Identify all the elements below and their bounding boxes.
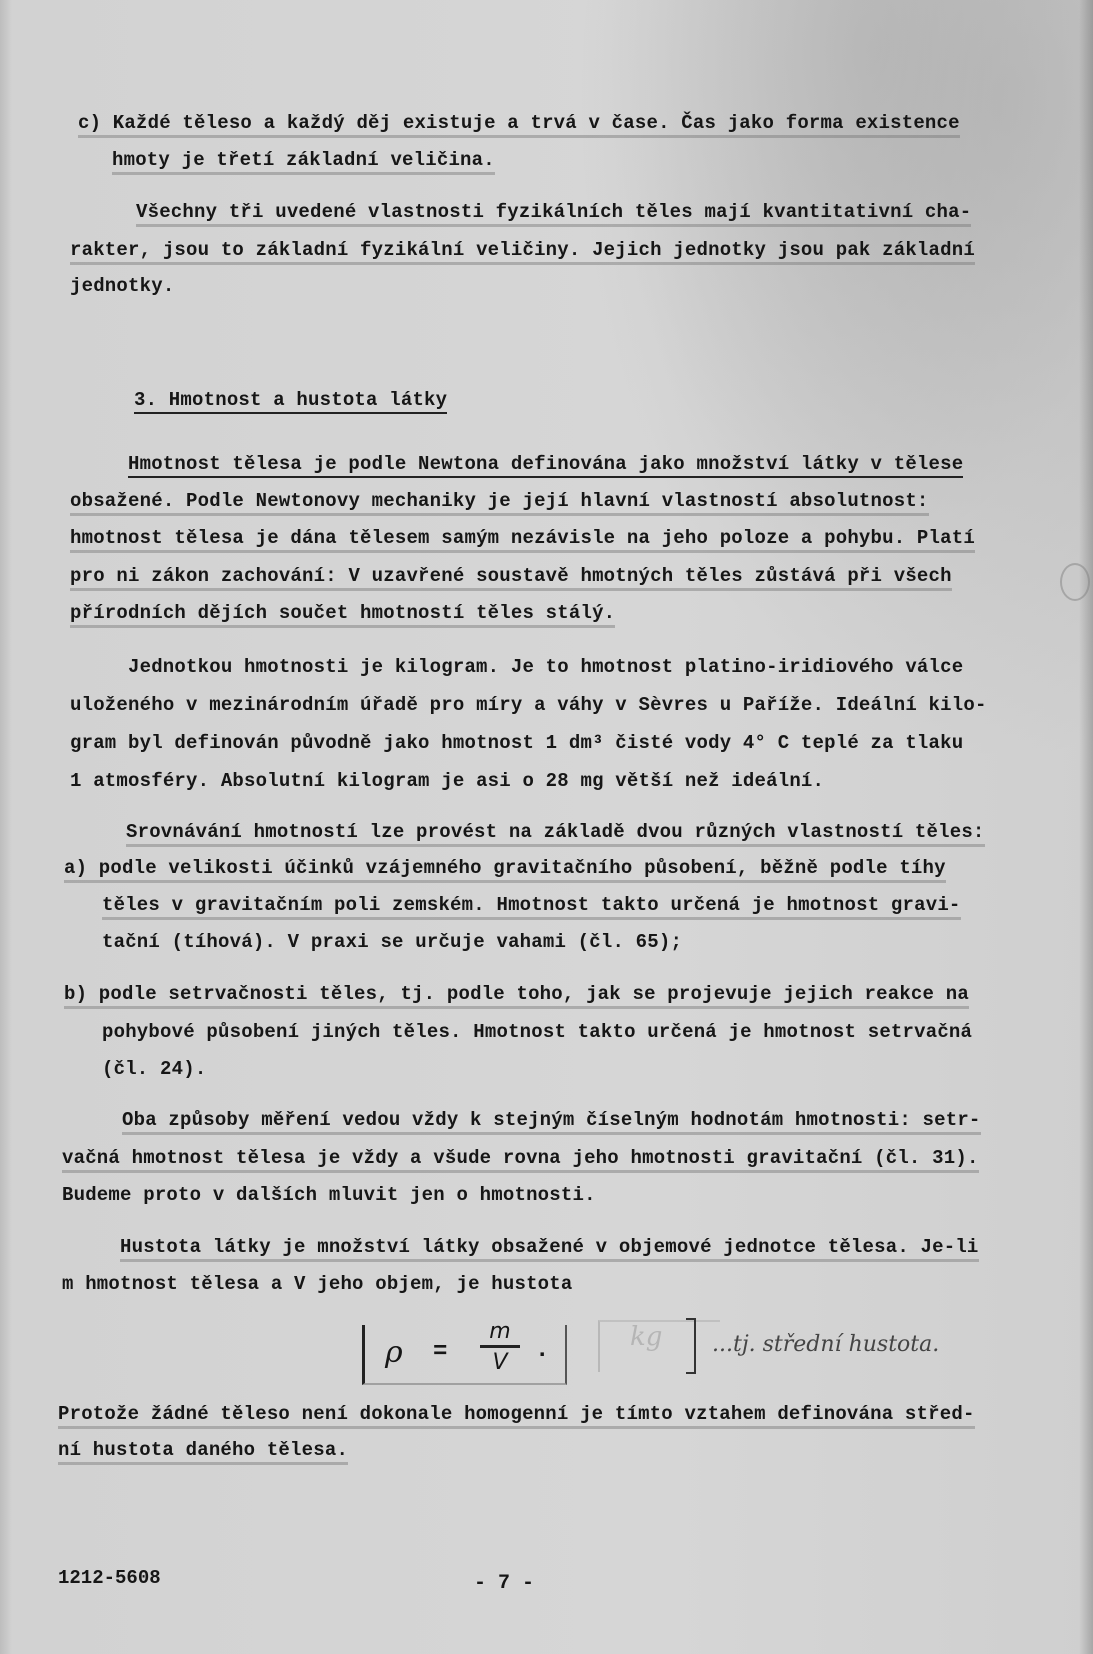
list-item-a-line-3: tační (tíhová). V praxi se určuje vahami… (102, 930, 682, 954)
paragraph-2-line-4: pro ni zákon zachování: V uzavřené soust… (70, 564, 952, 591)
section-heading: 3. Hmotnost a hustota látky (134, 388, 447, 414)
page-edge-shadow (1079, 0, 1093, 1654)
formula-fraction: m V (480, 1319, 520, 1378)
bracket-mark (686, 1318, 696, 1374)
list-item-c-line-1: c) Každé těleso a každý děj existuje a t… (78, 111, 960, 138)
paragraph-6-line-2: m hmotnost tělesa a V jeho objem, je hus… (62, 1272, 572, 1296)
faint-unit-note: kg (598, 1320, 720, 1372)
page-number: - 7 - (474, 1572, 534, 1595)
list-item-a-line-1: a) podle velikosti účinků vzájemného gra… (64, 856, 946, 883)
paragraph-5-line-3: Budeme proto v dalších mluvit jen o hmot… (62, 1183, 596, 1207)
paragraph-3-line-2: uloženého v mezinárodním úřadě pro míry … (70, 693, 987, 717)
paragraph-7-line-2: ní hustota daného tělesa. (58, 1438, 348, 1465)
paragraph-3-line-4: 1 atmosféry. Absolutní kilogram je asi o… (70, 769, 824, 793)
list-item-b-line-1: b) podle setrvačnosti těles, tj. podle t… (64, 982, 969, 1009)
paragraph-5-line-2: vačná hmotnost tělesa je vždy a všude ro… (62, 1146, 979, 1173)
list-item-c-line-2: hmoty je třetí základní veličina. (112, 148, 495, 175)
formula-numerator: m (480, 1319, 520, 1348)
paragraph-7-line-1: Protože žádné těleso není dokonale homog… (58, 1402, 975, 1429)
paragraph-2-line-5: přírodních dějích součet hmotností těles… (70, 601, 615, 628)
list-item-b-line-2: pohybové působení jiných těles. Hmotnost… (102, 1020, 972, 1044)
formula-denominator: V (480, 1348, 520, 1378)
paragraph-4-line-1: Srovnávání hmotností lze provést na zákl… (126, 820, 985, 847)
pencil-circle-mark (1060, 563, 1090, 601)
paragraph-3-line-3: gram byl definován původně jako hmotnost… (70, 731, 963, 755)
paragraph-1-line-1: Všechny tři uvedené vlastnosti fyzikální… (136, 200, 971, 227)
formula-equals: = (433, 1339, 447, 1366)
list-item-a-line-2: těles v gravitačním poli zemském. Hmotno… (102, 893, 961, 920)
paragraph-2-line-3: hmotnost tělesa je dána tělesem samým ne… (70, 526, 975, 553)
paragraph-2-line-2: obsažené. Podle Newtonovy mechaniky je j… (70, 489, 929, 516)
handwritten-annotation: ...tj. střední hustota. (712, 1332, 939, 1357)
document-code: 1212-5608 (58, 1567, 161, 1589)
paragraph-3-line-1: Jednotkou hmotnosti je kilogram. Je to h… (128, 655, 963, 679)
paragraph-2-line-1: Hmotnost tělesa je podle Newtona definov… (128, 452, 963, 478)
density-formula: ρ = m V . (362, 1325, 567, 1385)
paragraph-6-line-1: Hustota látky je množství látky obsažené… (120, 1235, 979, 1262)
paragraph-5-line-1: Oba způsoby měření vedou vždy k stejným … (122, 1108, 981, 1135)
formula-rho: ρ (385, 1335, 403, 1370)
scanned-page: c) Každé těleso a každý děj existuje a t… (0, 0, 1093, 1654)
paragraph-1-line-3: jednotky. (70, 274, 174, 298)
formula-period: . (535, 1337, 549, 1364)
paragraph-1-line-2: rakter, jsou to základní fyzikální velič… (70, 238, 975, 265)
list-item-b-line-3: (čl. 24). (102, 1057, 206, 1081)
